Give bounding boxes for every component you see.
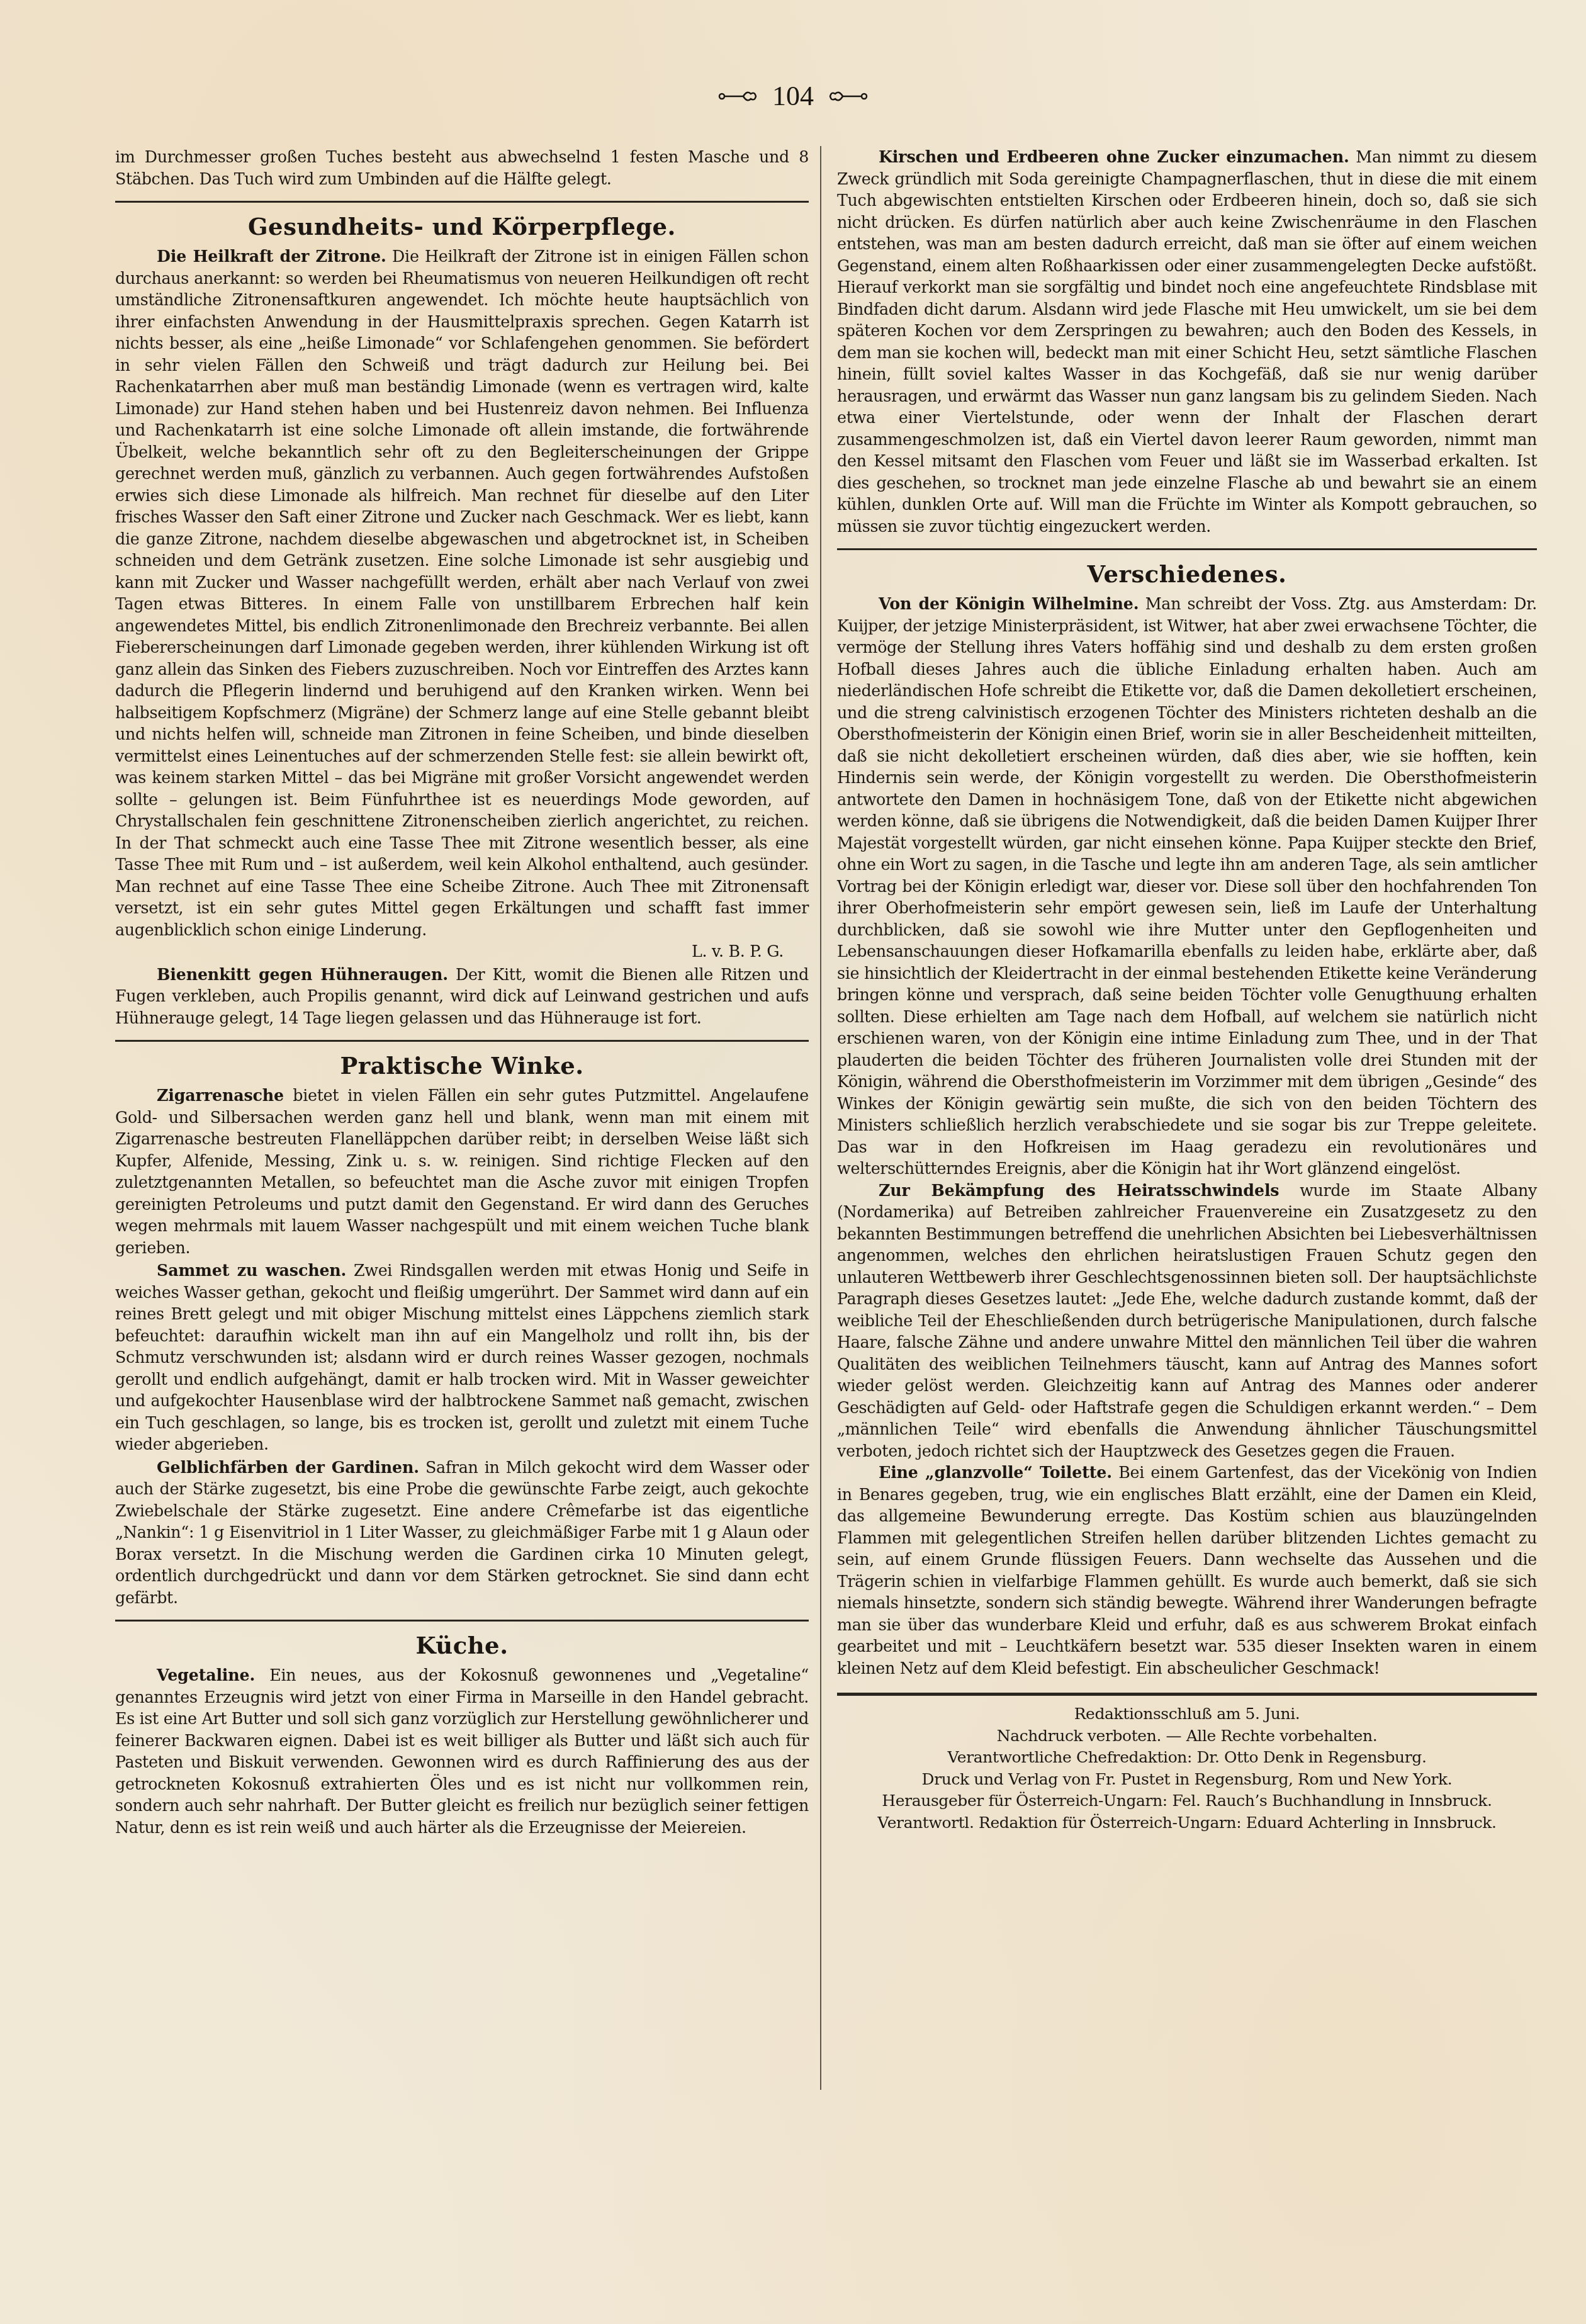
copyright-notice: Nachdruck verboten. — Alle Rechte vorbeh…: [837, 1725, 1537, 1747]
article-marriage-fraud: Zur Bekämpfung des Heiratsschwindels wur…: [837, 1180, 1537, 1462]
page-header: 104: [0, 74, 1586, 118]
right-column: Kirschen und Erdbeeren ohne Zucker einzu…: [837, 146, 1537, 1834]
article-body: wurde im Staate Albany (Nordamerika) auf…: [837, 1181, 1537, 1460]
article-lemon: Die Heilkraft der Zitrone. Die Heilkraft…: [115, 245, 809, 940]
author-signature: L. v. B. P. G.: [115, 940, 809, 962]
article-heading: Vegetaline.: [157, 1666, 255, 1684]
publisher: Druck und Verlag von Fr. Pustet in Regen…: [837, 1769, 1537, 1791]
continued-text: im Durchmesser großen Tuches besteht aus…: [115, 146, 809, 189]
article-heading: Die Heilkraft der Zitrone.: [157, 247, 386, 266]
chief-editor: Verantwortliche Chefredaktion: Dr. Otto …: [837, 1747, 1537, 1769]
page-number: 104: [772, 82, 814, 110]
ornament-left-icon: [718, 87, 758, 105]
section-divider: [115, 201, 809, 203]
section-title-kitchen: Küche.: [115, 1630, 809, 1661]
imprint-divider: [837, 1693, 1537, 1696]
section-title-miscellaneous: Verschiedenes.: [837, 559, 1537, 589]
article-heading: Von der Königin Wilhelmine.: [879, 594, 1139, 613]
article-vegetaline: Vegetaline. Ein neues, aus der Kokosnuß …: [115, 1664, 809, 1838]
article-bee-putty: Bienenkitt gegen Hühneraugen. Der Kitt, …: [115, 964, 809, 1029]
article-body: Safran in Milch gekocht wird dem Wasser …: [115, 1458, 809, 1607]
article-heading: Bienenkitt gegen Hühneraugen.: [157, 965, 448, 984]
section-divider: [115, 1040, 809, 1042]
article-heading: Kirschen und Erdbeeren ohne Zucker einzu…: [879, 147, 1349, 166]
article-heading: Zur Bekämpfung des Heiratsschwindels: [879, 1181, 1279, 1200]
section-title-tips: Praktische Winke.: [115, 1051, 809, 1081]
left-column: im Durchmesser großen Tuches besteht aus…: [115, 146, 809, 1838]
article-body: Bei einem Gartenfest, das der Vicekönig …: [837, 1463, 1537, 1678]
article-body: Man schreibt der Voss. Ztg. aus Amsterda…: [837, 594, 1537, 1178]
article-heading: Eine „glanzvolle“ Toilette.: [879, 1463, 1112, 1482]
article-body: Ein neues, aus der Kokosnuß gewonnenes u…: [115, 1666, 809, 1837]
ornament-right-icon: [828, 87, 868, 105]
article-glowing-toilette: Eine „glanzvolle“ Toilette. Bei einem Ga…: [837, 1462, 1537, 1679]
article-body: bietet in vielen Fällen ein sehr gutes P…: [115, 1086, 809, 1257]
article-preserving-fruit: Kirschen und Erdbeeren ohne Zucker einzu…: [837, 146, 1537, 537]
section-divider: [837, 548, 1537, 550]
article-heading: Zigarrenasche: [157, 1086, 284, 1105]
editorial-deadline: Redaktionsschluß am 5. Juni.: [837, 1703, 1537, 1725]
article-queen-wilhelmina: Von der Königin Wilhelmine. Man schreibt…: [837, 593, 1537, 1180]
section-title-health: Gesundheits- und Körperpflege.: [115, 212, 809, 242]
section-divider: [115, 1620, 809, 1622]
imprint: Redaktionsschluß am 5. Juni. Nachdruck v…: [837, 1703, 1537, 1834]
article-body: Zwei Rindsgallen werden mit etwas Honig …: [115, 1261, 809, 1453]
austria-editor: Verantwortl. Redaktion für Österreich-Un…: [837, 1812, 1537, 1834]
article-velvet: Sammet zu waschen. Zwei Rindsgallen werd…: [115, 1260, 809, 1455]
article-body: Man nimmt zu diesem Zweck gründlich mit …: [837, 147, 1537, 536]
article-cigar-ash: Zigarrenasche bietet in vielen Fällen ei…: [115, 1085, 809, 1258]
article-body: Die Heilkraft der Zitrone ist in einigen…: [115, 247, 809, 939]
austria-publisher: Herausgeber für Österreich-Ungarn: Fel. …: [837, 1790, 1537, 1812]
article-curtains: Gelblichfärben der Gardinen. Safran in M…: [115, 1457, 809, 1609]
article-heading: Sammet zu waschen.: [157, 1261, 346, 1280]
article-heading: Gelblichfärben der Gardinen.: [157, 1458, 419, 1477]
column-divider: [820, 146, 821, 2090]
